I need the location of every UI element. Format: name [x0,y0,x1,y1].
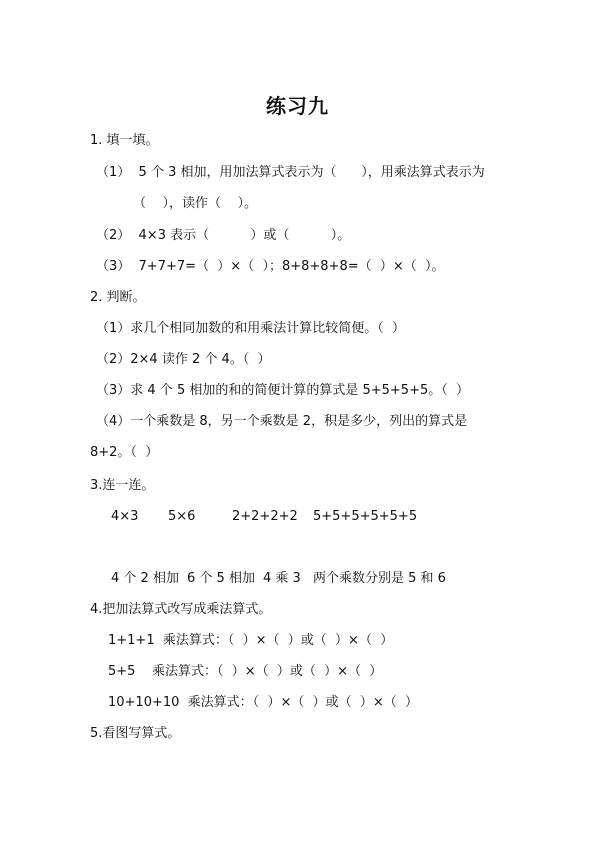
question-1-1: （1） 5 个 3 相加，用加法算式表示为（ ），用乘法算式表示为 [96,165,485,181]
question-2-3: （3）求 4 个 5 相加的和的简便计算的算式是 5+5+5+5。（ ） [96,383,469,399]
question-1-1-cont: （ ），读作（ ）。 [133,196,257,212]
section-3-heading: 3.连一连。 [90,478,154,494]
match-bottom-2: 6 个 5 相加 [187,571,255,587]
question-2-2: （2）2×4 读作 2 个 4。（ ） [96,352,271,368]
section-4-heading: 4.把加法算式改写成乘法算式。 [90,602,271,618]
question-4-1: 1+1+1 乘法算式：（ ）×（ ）或（ ）×（ ） [108,633,393,649]
match-top-2: 5×6 [168,509,195,525]
question-4-2: 5+5 乘法算式：（ ）×（ ）或（ ）×（ ） [108,664,382,680]
question-2-4: （4）一个乘数是 8，另一个乘数是 2，积是多少，列出的算式是 [96,414,467,430]
section-2-heading: 2. 判断。 [90,290,146,306]
question-2-4-cont: 8+2。（ ） [90,445,158,461]
section-1-heading: 1. 填一填。 [90,133,159,149]
question-4-3: 10+10+10 乘法算式：（ ）×（ ）或（ ）×（ ） [108,695,418,711]
question-1-3: （3） 7+7+7=（ ）×（ ）；8+8+8+8=（ ）×（ ）。 [96,259,445,275]
match-bottom-3: 4 乘 3 [263,571,301,587]
match-top-4: 5+5+5+5+5+5 [313,509,417,525]
section-5-heading: 5.看图写算式。 [90,726,180,742]
question-1-2: （2） 4×3 表示（ ）或（ ）。 [96,228,350,244]
question-2-1: （1）求几个相同加数的和用乘法计算比较简便。（ ） [96,321,405,337]
match-top-1: 4×3 [111,509,138,525]
match-bottom-4: 两个乘数分别是 5 和 6 [313,571,446,587]
page-title: 练习九 [0,90,595,119]
match-bottom-1: 4 个 2 相加 [111,571,179,587]
match-top-3: 2+2+2+2 [232,509,298,525]
